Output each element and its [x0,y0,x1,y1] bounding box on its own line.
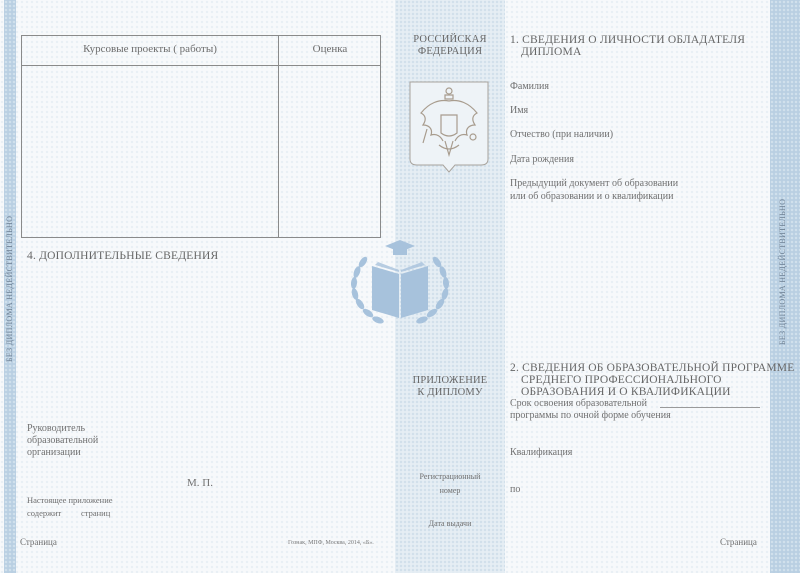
issue-date-label: Дата выдачи [395,519,505,528]
right-strip-text: БЕЗ ДИПЛОМА НЕДЕЙСТВИТЕЛЬНО [778,199,787,345]
section-1-title-line2: диплома [521,46,582,59]
table-header-row: Курсовые проекты ( работы) Оценка [22,36,380,66]
table-column-divider [278,36,279,237]
pages-note-contains: содержит [27,508,61,518]
left-strip-text: БЕЗ ДИПЛОМА НЕДЕЙСТВИТЕЛЬНО [5,216,14,362]
field-prev-doc-line1: Предыдущий документ об образовании [510,178,678,189]
left-page-label: Страница [20,537,57,547]
column-header-course-projects: Курсовые проекты ( работы) [22,43,278,55]
field-prev-doc-line2: или об образовании и о квалификации [510,191,673,202]
head-label-line1: Руководитель [27,423,85,434]
pages-note-line1: Настоящее приложение [27,495,113,505]
specialty-prefix: по [510,484,520,495]
field-birth-date-label: Дата рождения [510,154,574,165]
head-label-line3: организации [27,447,81,458]
left-security-strip: БЕЗ ДИПЛОМА НЕДЕЙСТВИТЕЛЬНО [4,0,16,573]
diploma-supplement-spread: БЕЗ ДИПЛОМА НЕДЕЙСТВИТЕЛЬНО БЕЗ ДИПЛОМА … [0,0,800,573]
doc-title-line2: к диплому [395,386,505,399]
reg-number-label-line2: номер [395,486,505,495]
field-surname-label: Фамилия [510,81,549,92]
education-logo-icon [345,238,455,330]
qualification-label: Квалификация [510,447,572,458]
field-name-label: Имя [510,105,528,116]
study-term-label-line2: программы по очной форме обучения [510,410,671,421]
head-label-line2: образовательной [27,435,98,446]
printer-imprint: Гознак, МПФ, Москва, 2014, «Б». [288,540,374,546]
country-line2: Федерация [395,45,505,58]
stamp-placeholder: М. П. [187,477,213,489]
study-term-underline [660,407,760,408]
field-patronymic-label: Отчество (при наличии) [510,129,613,140]
coat-of-arms-icon [409,81,489,173]
course-projects-table: Курсовые проекты ( работы) Оценка [21,35,381,238]
pages-note-pages: страниц [81,508,110,518]
right-page-label: Страница [720,537,757,547]
study-term-label-line1: Срок освоения образовательной [510,398,647,409]
column-header-grade: Оценка [279,43,381,55]
reg-number-label-line1: Регистрационный [395,472,505,481]
section-4-title: 4. Дополнительные сведения [27,250,218,263]
right-security-strip: БЕЗ ДИПЛОМА НЕДЕЙСТВИТЕЛЬНО [770,0,800,573]
